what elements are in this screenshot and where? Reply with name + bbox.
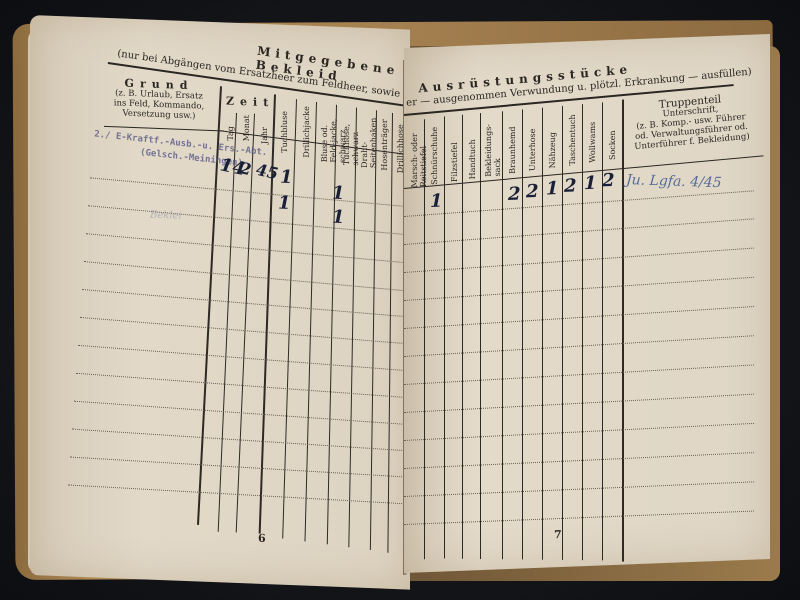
ruled-line [404,190,754,217]
col-header-handtuch: Handtuch [468,139,477,179]
col-divider [444,116,445,558]
col-header-bekleidungssack: Bekleidungs-sack [484,126,502,177]
entry-tuchhose-row2: 1 [332,207,345,228]
col-divider [622,100,624,562]
col-header-wollwams: Wollwams [588,122,597,163]
col-divider [542,108,543,560]
col-divider [282,99,297,538]
col-divider [348,108,357,548]
grund-rule [104,126,224,132]
entry-taschentuch: 2 [564,175,577,196]
zeit-label: Zeit [226,95,274,110]
col-header-drillichjacke: Drillichjacke [302,106,311,158]
col-header-socken: Socken [608,130,617,160]
col-divider [327,105,337,545]
col-header-filzstiefel: Filzstiefel [450,142,459,182]
faded-show-through: Beklei [150,210,182,222]
col-divider [387,113,393,553]
ruled-line [70,457,410,478]
page-number-left: 6 [258,532,266,545]
entry-schnuerschuhe: 1 [430,191,443,212]
col-header-unterhose: Unterhose [528,128,537,171]
col-divider [424,119,425,559]
col-header-braunhemd: Braunhemd [508,126,517,174]
entry-socken: 2 [602,170,615,191]
entry-naehzeug: 1 [546,178,559,199]
entry-wollwams: 1 [584,173,597,194]
col-divider [582,104,583,560]
ruled-line [404,423,754,441]
signature: Ju. Lgfa. 4/45 [626,172,723,191]
truppenteil-header: Truppenteil Unterschrift, (z. B. Komp.- … [625,91,757,153]
col-header-tuchhose: Tuchhose, schwarz [342,115,360,166]
ruled-line [404,364,754,385]
col-divider [562,106,563,560]
ruled-line [404,511,754,525]
col-header-marschstiefel: Marsch- oder Reitstiefel [410,127,428,188]
ruled-line [404,335,754,357]
page-number-right: 7 [554,528,562,541]
col-divider [370,110,377,550]
ruled-line [404,248,754,273]
entry-tuchbluse-row1: 1 [280,167,293,188]
col-divider [462,115,463,559]
col-header-tuchbluse: Tuchbluse [280,111,289,153]
entry-tuchhose-row1: 1 [332,183,345,204]
ruled-line [404,481,754,497]
right-page: Ausrüstungsstücke er — ausgenommen Verwu… [404,34,770,573]
ruled-line [404,306,754,329]
entry-tuchbluse-row2: 1 [278,193,291,214]
entry-unterhose: 2 [526,181,539,202]
entry-jahr: 45 [255,160,280,183]
ruled-line [68,484,410,504]
col-header-schnuerschuhe: Schnürschuhe [430,127,439,185]
ruled-line [404,277,754,301]
col-header-tag: Tag [226,126,235,141]
grund-header: Grund (z. B. Urlaub, Ersatz ins Feld, Ko… [104,78,214,122]
entry-braunhemd: 2 [508,184,521,205]
ruled-line [404,452,754,469]
ruled-line [404,218,754,245]
left-page: (nur bei Abgängen vom Ersatzheer zum Fel… [30,15,410,590]
ruled-line [404,394,754,413]
col-header-hosentraeger: Hosenträger [380,119,389,171]
col-divider [304,102,317,541]
col-header-monat: Monat [242,115,251,142]
col-header-naehzeug: Nähzeug [548,132,557,169]
col-header-taschentuch: Taschentuch [568,114,577,165]
